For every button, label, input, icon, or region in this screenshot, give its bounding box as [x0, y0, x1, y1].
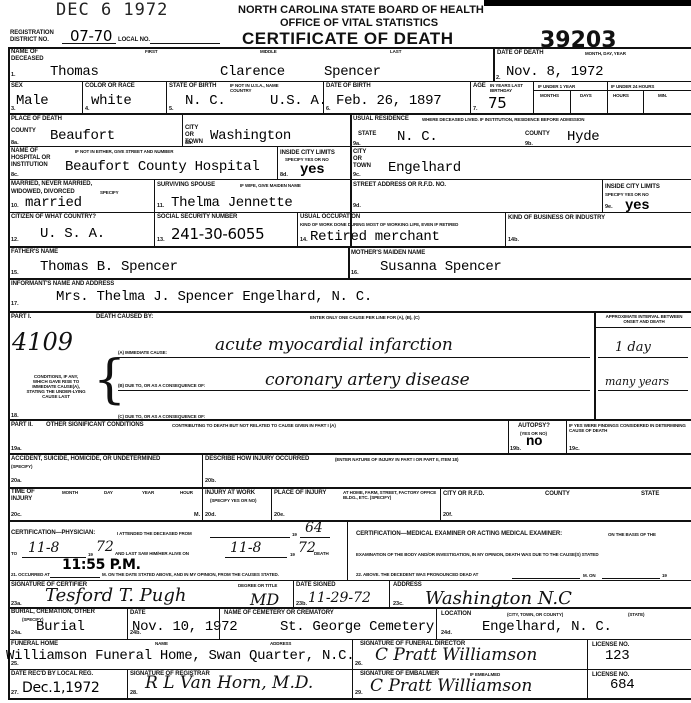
item-number: 17.	[11, 301, 19, 307]
nineteen-label: 19	[290, 552, 295, 557]
res-inside-city-label: INSIDE CITY LIMITS	[605, 184, 660, 191]
divider	[607, 81, 608, 114]
injury-at-work-sub: (SPECIFY YES OR NO)	[210, 498, 256, 503]
mother-name-value: Susanna Spencer	[380, 259, 502, 275]
hospital-sub: IF NOT IN EITHER, GIVE STREET AND NUMBER	[75, 149, 173, 154]
sex-value: Male	[16, 93, 48, 109]
under-24-hours-label: IF UNDER 24 HOURS	[611, 84, 654, 89]
certifier-address-label: ADDRESS	[393, 582, 422, 589]
item-number: 9e.	[605, 204, 613, 210]
item-number: 14.	[300, 237, 308, 243]
res-state-label: STATE	[358, 131, 376, 138]
item-number: 20a.	[11, 478, 22, 484]
divider	[508, 419, 509, 453]
usual-residence-label: USUAL RESIDENCE	[353, 116, 409, 123]
divider	[389, 580, 390, 607]
occupation-label: USUAL OCCUPATION	[300, 214, 360, 221]
me-date-line	[602, 578, 660, 579]
injury-state-label: STATE	[641, 491, 659, 498]
certifier-address-value: Washington N.C	[425, 588, 572, 609]
funeral-home-label: FUNERAL HOME	[11, 641, 58, 648]
fh-name-label: NAME	[155, 641, 168, 646]
director-license-value: 123	[605, 648, 629, 664]
date-of-birth-value: Feb. 26, 1897	[336, 93, 441, 109]
item-number: 20f.	[443, 512, 452, 518]
medical-examiner-label: CERTIFICATION—MEDICAL EXAMINER OR ACTING…	[356, 531, 562, 538]
location-value: Engelhard, N. C.	[482, 619, 612, 635]
attended-text: I ATTENDED THE DECEASED FROM	[117, 531, 192, 536]
location-sub: (CITY, TOWN, OR COUNTY)	[507, 612, 563, 617]
item-number: 20c.	[11, 512, 22, 518]
res-city-label: CITY OR TOWN	[353, 149, 373, 170]
location-label: LOCATION	[441, 611, 471, 618]
describe-injury-sub: (ENTER NATURE OF INJURY IN PART I OR PAR…	[335, 457, 458, 462]
divider	[8, 311, 691, 313]
last-saw-line	[225, 557, 287, 558]
hospital-label: NAME OF HOSPITAL OR INSTITUTION	[11, 148, 63, 169]
attended-from-year: 64	[305, 520, 323, 536]
occupation-sub: KIND OF WORK DONE DURING MOST OF WORKING…	[300, 222, 460, 227]
agency-office: OFFICE OF VITAL STATISTICS	[280, 17, 438, 29]
residence-city: Engelhard	[388, 160, 461, 176]
item-number: 4.	[85, 106, 90, 112]
item-number: 14b.	[508, 237, 519, 243]
item-number: 9c.	[353, 172, 361, 178]
header-black-bar	[484, 0, 691, 6]
days-label: DAYS	[580, 93, 592, 98]
ssn-label: SOCIAL SECURITY NUMBER	[157, 214, 237, 221]
m-label: M.	[194, 512, 200, 518]
item-number: 7.	[473, 106, 478, 112]
date-of-death-sub: MONTH, DAY, YEAR	[585, 51, 626, 56]
date-signed-label: DATE SIGNED	[296, 582, 335, 589]
time-of-death-value: 11:55 P.M.	[62, 557, 141, 573]
item-number: 28.	[130, 690, 138, 696]
divider	[8, 146, 691, 147]
item-number: 20b.	[205, 478, 216, 484]
cause-line-b	[118, 390, 590, 391]
county-label: COUNTY	[11, 128, 36, 135]
form-bottom-border	[8, 698, 691, 700]
form-top-border	[8, 47, 691, 49]
decedent-first-name: Thomas	[50, 64, 99, 80]
decedent-middle-name: Clarence	[220, 64, 285, 80]
item-number: 19c.	[569, 446, 580, 452]
item-number: 6.	[326, 106, 331, 112]
me-19: 19	[662, 573, 667, 578]
me-m-on: M. ON	[583, 573, 596, 578]
mother-label: MOTHER'S MAIDEN NAME	[351, 250, 425, 257]
item-number: 27.	[11, 690, 19, 696]
state-of-birth-label: STATE OF BIRTH	[169, 83, 216, 90]
divider	[602, 179, 603, 213]
marital-label: MARRIED, NEVER MARRIED,	[11, 181, 92, 188]
divider	[8, 212, 691, 213]
street-address-label: STREET ADDRESS OR R.F.D. No.	[353, 182, 446, 189]
day-label: DAY	[104, 490, 113, 495]
hospital-inside-city-value: yes	[300, 162, 324, 178]
degree-label: DEGREE OR TITLE	[238, 583, 277, 588]
interval-label: APPROXIMATE INTERVAL BETWEEN ONSET AND D…	[600, 314, 688, 324]
divider	[8, 487, 691, 489]
divider	[533, 90, 691, 91]
divider	[8, 607, 691, 609]
age-sub: IN YEARS LAST BIRTHDAY	[490, 83, 532, 93]
item-number: 1.	[11, 72, 16, 78]
first-label: FIRST	[145, 49, 158, 54]
spouse-label: SURVIVING SPOUSE	[157, 182, 215, 189]
father-label: FATHER'S NAME	[11, 249, 58, 256]
item-number: 19a.	[11, 446, 22, 452]
race-value: white	[91, 93, 132, 109]
divider	[8, 669, 691, 670]
hours-label: HOURS	[613, 93, 629, 98]
divider	[202, 453, 203, 487]
injury-county-label: COUNTY	[545, 491, 570, 498]
last-label: LAST	[390, 49, 401, 54]
divider	[566, 419, 567, 453]
me-time-line	[512, 578, 580, 579]
place-of-injury-sub: AT HOME, FARM, STREET, FACTORY OFFICE BL…	[343, 490, 438, 500]
immediate-interval-value: 1 day	[615, 340, 651, 355]
due-to-b-interval-value: many years	[605, 375, 669, 388]
divider	[493, 47, 495, 81]
physician-cert-label: CERTIFICATION—PHYSICIAN:	[11, 530, 95, 537]
state-of-birth-sub: IF NOT IN U.S.A., NAME COUNTRY	[230, 83, 300, 93]
spouse-sub: IF WIFE, GIVE MAIDEN NAME	[240, 183, 301, 188]
injury-at-work-label: INJURY AT WORK	[205, 490, 255, 497]
divider	[505, 212, 506, 246]
location-state-label: (STATE)	[628, 612, 644, 617]
me-text-2: EXAMINATION OF THE BODY AND/OR INVESTIGA…	[356, 552, 598, 557]
fh-address-label: ADDRESS	[270, 641, 291, 646]
divider	[643, 90, 644, 114]
attended-to-year: 72	[96, 539, 114, 555]
hospital-value: Beaufort County Hospital	[65, 159, 259, 175]
min-label: MIN.	[658, 93, 667, 98]
occupation-value: Retired merchant	[310, 229, 440, 245]
divider	[166, 81, 167, 114]
certificate-number: 39203	[540, 28, 617, 53]
embalmer-signature: C Pratt Williamson	[370, 676, 532, 696]
divider	[8, 639, 691, 640]
year-label: YEAR	[142, 490, 154, 495]
disposition-method-value: Burial	[36, 619, 85, 635]
divider	[82, 81, 83, 114]
item-number: 8c.	[11, 172, 19, 178]
brace-icon: {	[93, 354, 126, 406]
divider	[8, 179, 691, 180]
injury-city-label: CITY OR R.F.D.	[443, 491, 484, 498]
disposition-date-label: DATE	[130, 610, 146, 617]
divider	[594, 327, 691, 328]
part-2-label: PART II.	[11, 422, 33, 429]
informant-label: INFORMANT'S NAME AND ADDRESS	[11, 281, 114, 288]
divider	[323, 81, 324, 114]
ssn-value: 241-30-6055	[171, 225, 264, 243]
divider	[293, 580, 294, 607]
funeral-home-value: Williamson Funeral Home, Swan Quarter, N…	[6, 648, 354, 664]
due-to-b-label: (b) DUE TO, OR AS A CONSEQUENCE OF:	[118, 383, 205, 388]
divider	[8, 419, 691, 421]
accident-label: ACCIDENT, SUICIDE, HOMICIDE, OR UNDETERM…	[11, 456, 160, 463]
me-text-3: 22. ABOVE. THE DECEDENT WAS PRONOUNCED D…	[356, 572, 478, 577]
item-number: 5.	[169, 106, 174, 112]
accident-sub: (SPECIFY)	[11, 464, 32, 469]
local-no-underline	[150, 43, 220, 44]
item-number: 19b.	[510, 446, 521, 452]
death-label: DEATH	[314, 551, 329, 556]
due-to-b-value: coronary artery disease	[265, 370, 470, 390]
item-number: 24d.	[441, 630, 452, 636]
res-inside-city-sub: SPECIFY YES OR NO	[605, 192, 649, 197]
autopsy-label: AUTOPSY?	[518, 423, 550, 430]
race-label: COLOR OR RACE	[85, 83, 135, 90]
date-of-birth-label: DATE OF BIRTH	[326, 83, 371, 90]
date-received-value: Dec.1,1972	[22, 680, 100, 696]
informant-value: Mrs. Thelma J. Spencer Engelhard, N. C.	[56, 289, 372, 305]
item-number: 13.	[157, 237, 165, 243]
item-number: 24a.	[11, 630, 22, 636]
item-number: 8d.	[280, 172, 288, 178]
interval-line-a	[598, 357, 688, 358]
sex-label: SEX	[11, 83, 23, 90]
agency-name: NORTH CAROLINA STATE BOARD OF HEALTH	[238, 4, 484, 16]
marital-sub: SPECIFY	[100, 190, 119, 195]
death-caused-by-label: DEATH CAUSED BY:	[96, 314, 153, 321]
conditions-label: CONDITIONS, IF ANY, WHICH GAVE RISE TO I…	[26, 374, 86, 399]
form-left-border	[8, 47, 10, 699]
occurred-at-line	[50, 577, 100, 578]
state-of-birth-value: N. C.	[185, 93, 226, 109]
describe-injury-label: DESCRIBE HOW INJURY OCCURRED	[205, 456, 309, 463]
divider	[8, 580, 691, 581]
surviving-spouse-value: Thelma Jennette	[171, 195, 293, 211]
cause-instruction: ENTER ONLY ONE CAUSE PER LINE FOR (a), (…	[310, 315, 420, 320]
cause-code: 4109	[12, 328, 73, 356]
occurred-at-label: 21. OCCURRED AT	[11, 572, 50, 577]
name-label: NAME OF DECEASED	[11, 49, 41, 63]
certificate-title: CERTIFICATE OF DEATH	[242, 29, 453, 49]
divider	[127, 607, 128, 639]
autopsy-value: no	[526, 434, 542, 450]
divider	[202, 487, 203, 520]
from-year-line	[300, 537, 330, 538]
divider	[347, 520, 348, 580]
place-of-injury-label: PLACE OF INJURY	[274, 490, 326, 497]
middle-label: MIDDLE	[260, 49, 277, 54]
cause-line-a	[118, 357, 590, 358]
months-label: MONTHS	[540, 93, 559, 98]
divider	[8, 453, 691, 455]
item-number: 10.	[11, 203, 19, 209]
other-conditions-sub: CONTRIBUTING TO DEATH BUT NOT RELATED TO…	[172, 423, 336, 428]
item-number: 29.	[355, 690, 363, 696]
place-of-death-city: Washington	[210, 128, 291, 144]
decedent-last-name: Spencer	[324, 64, 381, 80]
cemetery-label: NAME OF CEMETERY OR CREMATORY	[224, 610, 334, 617]
divider	[8, 278, 691, 280]
occurred-tail-text: M. ON THE DATE STATED ABOVE, AND IN MY O…	[102, 572, 279, 577]
embalmer-license-value: 684	[610, 677, 634, 693]
certifier-signature: Tesford T. Pugh	[45, 585, 186, 606]
last-saw-value: 11-8	[230, 540, 261, 556]
country-of-birth-value: U.S. A.	[270, 93, 327, 109]
age-label: AGE	[473, 83, 486, 90]
item-number: 12.	[11, 237, 19, 243]
me-text-1: ON THE BASIS OF THE	[608, 532, 656, 537]
registration-underline	[62, 43, 116, 44]
divider	[219, 607, 220, 639]
citizenship-value: U. S. A.	[40, 226, 105, 242]
divider	[8, 81, 691, 82]
attended-to-value: 11-8	[28, 540, 59, 556]
received-date-stamp: DEC 6 1972	[56, 0, 168, 20]
divider	[271, 487, 272, 520]
cemetery-value: St. George Cemetery	[280, 619, 434, 635]
hour-label: HOUR	[180, 490, 193, 495]
place-of-death-county: Beaufort	[50, 128, 115, 144]
disposition-date-value: Nov. 10, 1972	[132, 619, 237, 635]
item-number: 20e.	[274, 512, 285, 518]
divider	[127, 669, 128, 699]
divider	[277, 146, 278, 179]
disposition-method-label: BURIAL, CREMATION, OTHER	[11, 609, 95, 616]
month-label: MONTH	[62, 490, 78, 495]
immediate-cause-value: acute myocardial infarction	[215, 335, 453, 355]
to-label: TO	[11, 551, 17, 556]
divider	[470, 81, 471, 114]
nineteen-label: 19	[292, 532, 297, 537]
item-number: 26.	[355, 661, 363, 667]
date-of-death-label: DATE OF DEATH	[497, 50, 543, 57]
citizen-label: CITIZEN OF WHAT COUNTRY?	[11, 214, 96, 221]
divider	[533, 81, 534, 114]
item-number: 9d.	[353, 203, 361, 209]
residence-county: Hyde	[567, 129, 599, 145]
item-number: 15.	[11, 270, 19, 276]
date-of-death-value: Nov. 8, 1972	[506, 64, 603, 80]
last-saw-text: AND LAST SAW HIM/HER ALIVE ON	[115, 551, 189, 556]
attended-from-line	[210, 537, 290, 538]
time-of-injury-label: TIME OF INJURY	[11, 489, 41, 503]
local-no-label: LOCAL NO.	[118, 37, 150, 44]
other-conditions-label: OTHER SIGNIFICANT CONDITIONS	[46, 422, 144, 429]
age-value: 75	[488, 94, 507, 112]
divider	[182, 113, 183, 146]
place-of-death-label: PLACE OF DEATH	[11, 116, 62, 123]
item-number: 11.	[157, 203, 164, 209]
residence-state: N. C.	[397, 129, 438, 145]
item-number: 20d.	[205, 512, 216, 518]
interval-line-b	[598, 390, 688, 391]
findings-label: IF YES WERE FINDINGS CONSIDERED IN DETER…	[569, 423, 689, 433]
res-county-label: COUNTY	[525, 131, 550, 138]
divider	[8, 520, 691, 522]
registrar-signature: R L Van Horn, M.D.	[145, 673, 313, 693]
divider	[348, 246, 350, 278]
item-number: 3.	[11, 106, 16, 112]
divider	[440, 487, 441, 520]
usual-residence-sub: WHERE DECEASED LIVED. IF INSTITUTION, RE…	[422, 117, 584, 122]
divider	[436, 607, 437, 639]
funeral-director-signature: C Pratt Williamson	[375, 645, 537, 665]
father-name-value: Thomas B. Spencer	[40, 259, 178, 275]
industry-label: KIND OF BUSINESS OR INDUSTRY	[508, 215, 605, 222]
under-1-year-label: IF UNDER 1 YEAR	[538, 84, 575, 89]
inside-city-limits-label: INSIDE CITY LIMITS	[280, 150, 335, 157]
date-signed-value: 11-29-72	[308, 590, 371, 606]
date-received-label: DATE REC'D BY LOCAL REG.	[11, 671, 93, 678]
registration-district-label: REGISTRATION DISTRICT NO.	[10, 30, 60, 44]
divider	[570, 90, 571, 114]
divider	[297, 212, 298, 246]
marital-status-value: married	[25, 195, 82, 211]
part-1-label: PART I.	[11, 314, 31, 321]
item-number: 16.	[351, 270, 359, 276]
